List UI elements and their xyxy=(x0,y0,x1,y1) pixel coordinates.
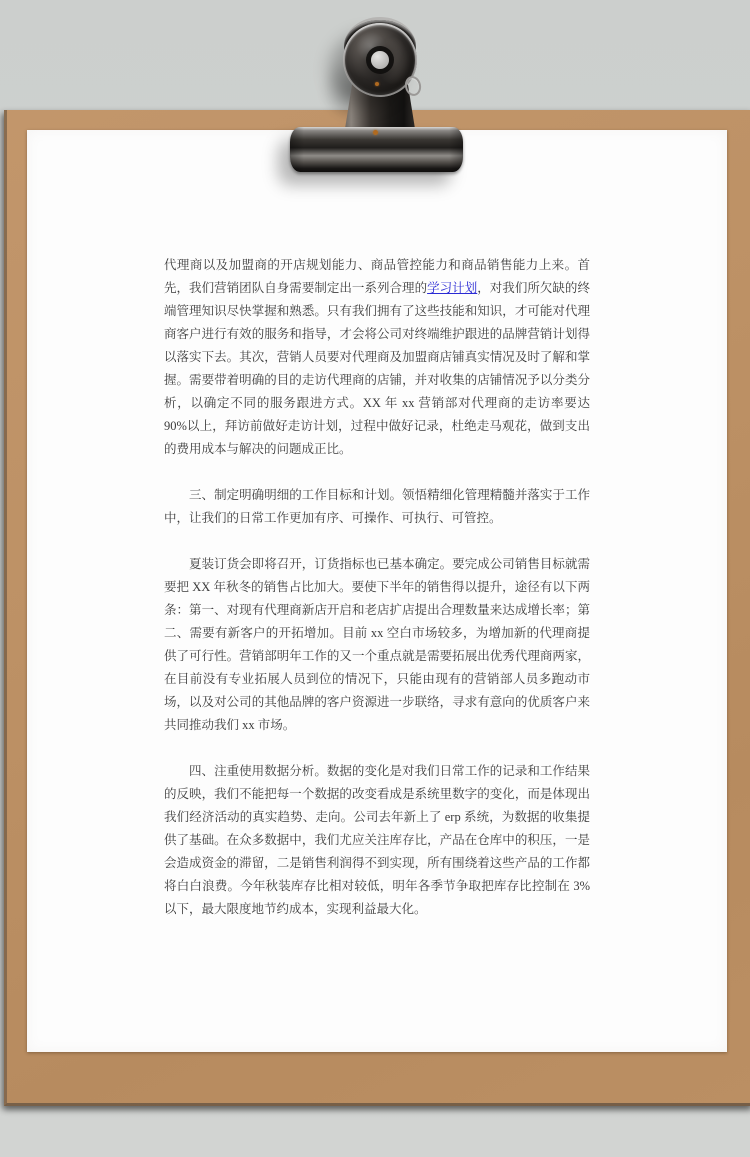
clip-glint xyxy=(375,82,379,86)
study-plan-link[interactable]: 学习计划 xyxy=(427,281,477,295)
document-paper: 代理商以及加盟商的开店规划能力、商品管控能力和商品销售能力上来。首先，我们营销团… xyxy=(27,130,727,1052)
document-text: 代理商以及加盟商的开店规划能力、商品管控能力和商品销售能力上来。首先，我们营销团… xyxy=(164,254,590,944)
clip-knob-hole xyxy=(371,51,389,69)
scene: 代理商以及加盟商的开店规划能力、商品管控能力和商品销售能力上来。首先，我们营销团… xyxy=(0,0,750,1157)
paragraph-2: 三、制定明确明细的工作目标和计划。领悟精细化管理精髓并落实于工作中，让我们的日常… xyxy=(164,484,590,530)
paragraph-3: 夏装订货会即将召开，订货指标也已基本确定。要完成公司销售目标就需要把 XX 年秋… xyxy=(164,553,590,737)
clip-glint xyxy=(373,130,378,135)
paragraph-4: 四、注重使用数据分析。数据的变化是对我们日常工作的记录和工作结果的反映，我们不能… xyxy=(164,760,590,921)
paragraph-1: 代理商以及加盟商的开店规划能力、商品管控能力和商品销售能力上来。首先，我们营销团… xyxy=(164,254,590,461)
paragraph-1-text-after: ，对我们所欠缺的终端管理知识尽快掌握和熟悉。只有我们拥有了这些技能和知识，才可能… xyxy=(164,281,590,456)
